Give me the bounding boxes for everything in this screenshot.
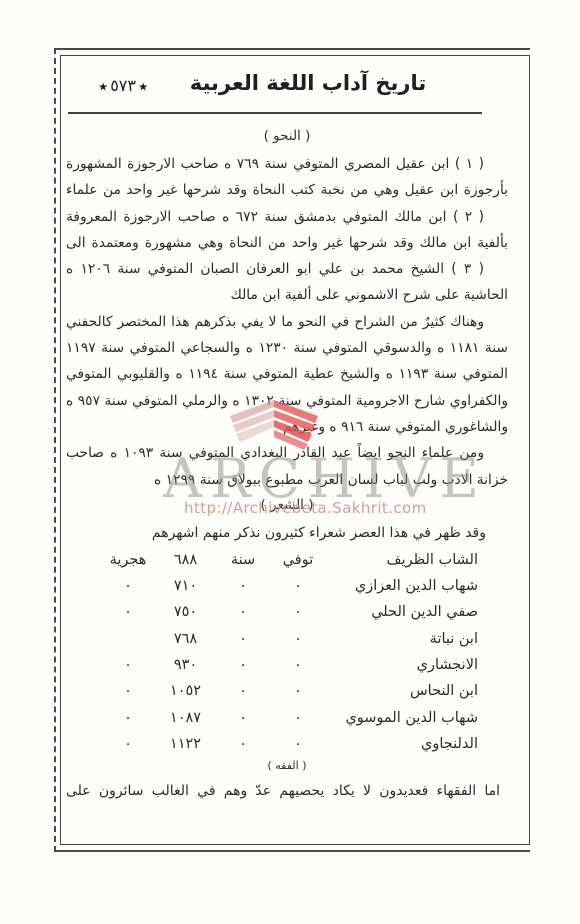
nahw-line: ( ١ ) ابن عقيل المصري المتوفي سنة ٧٦٩ ه … [66,151,508,177]
poet-death-year: ١٠٨٧ [153,705,218,731]
nahw-line: والكفراوي شارح الاجرومية المتوفي سنة ١٣٠… [66,388,508,414]
poet-death-year: ٧١٠ [153,573,218,599]
ditto-mark: ٠ [218,626,268,652]
ditto-mark: ٠ [218,678,268,704]
poet-name: شهاب الدين الموسوي [328,705,478,731]
ditto-mark: ٠ [268,652,328,678]
ditto-mark: ٠ [103,678,153,704]
section-heading-shir: ( الشعر ) [66,495,508,515]
ditto-mark: ٠ [218,573,268,599]
poet-name: شهاب الدين العزازي [328,573,478,599]
nahw-line: بألفية ابن مالك وقد شرحها غير واحد من ال… [66,230,508,256]
poet-died-word: توفي [268,547,328,573]
ditto-mark: ٠ [103,573,153,599]
poet-death-year: ٧٥٠ [153,599,218,625]
poet-name: ابن نباتة [328,626,478,652]
nahw-line: ( ٣ ) الشيخ محمد بن علي ابو العرفان الصب… [66,256,508,282]
poet-name: الشاب الظريف [328,547,478,573]
poet-death-year: ٧٦٨ [153,626,218,652]
nahw-line: المتوفي سنة ١١٩٣ ه والشيخ عطية المتوفي س… [66,361,508,387]
ditto-mark: ٠ [103,705,153,731]
ditto-mark: ٠ [103,599,153,625]
ditto-mark: ٠ [268,573,328,599]
nahw-line: الحاشية على شرح الاشموني على ألفية ابن م… [66,282,508,308]
nahw-line: سنة ١١٨١ ه والدسوقي المتوفي سنة ١٢٣٠ ه و… [66,335,508,361]
fiqh-line: اما الفقهاء فعديدون لا يكاد يحصيهم عدّ و… [66,778,508,804]
poet-row: الانجشاري ٠ ٠ ٩٣٠ ٠ [103,652,478,678]
ditto-mark: ٠ [218,705,268,731]
nahw-line: ومن علماء النحو ايضاً عبد القادر البغداد… [66,440,508,466]
poet-era: هجرية [103,547,153,573]
poet-death-year: ٦٨٨ [153,547,218,573]
ditto-mark: ٠ [268,626,328,652]
poet-death-year: ٩٣٠ [153,652,218,678]
page-number-value: ٥٧٣ [110,76,136,95]
poet-name: ابن النحاس [328,678,478,704]
page-number: ٭٥٧٣٭ [96,76,150,95]
nahw-line: والشاغوري المتوفي سنة ٩١٦ ه وغيرهم [66,414,508,440]
poet-row: الشاب الظريف توفي سنة ٦٨٨ هجرية [103,547,478,573]
ditto-mark: ٠ [103,731,153,757]
nahw-paragraphs: ( ١ ) ابن عقيل المصري المتوفي سنة ٧٦٩ ه … [66,151,508,493]
ornament-star-icon: ٭ [94,75,112,98]
poet-year-word: سنة [218,547,268,573]
page-title: تاريخ آداب اللغة العربية [190,71,427,95]
poet-death-year: ١١٢٢ [153,731,218,757]
poet-death-year: ١٠٥٢ [153,678,218,704]
header-rule [68,112,482,114]
page-content: ٭٥٧٣٭ تاريخ آداب اللغة العربية ( النحو )… [66,58,508,804]
nahw-line: بأرجوزة ابن عقيل وهي من نخبة كتب النحاة … [66,177,508,203]
ditto-mark: ٠ [103,652,153,678]
poet-name: الانجشاري [328,652,478,678]
ditto-mark: ٠ [268,678,328,704]
book-page-scan: ٭٥٧٣٭ تاريخ آداب اللغة العربية ( النحو )… [0,0,580,924]
poet-row: شهاب الدين الموسوي ٠ ٠ ١٠٨٧ ٠ [103,705,478,731]
poet-name: صفي الدين الحلي [328,599,478,625]
ditto-mark: ٠ [218,731,268,757]
poet-row: ابن النحاس ٠ ٠ ١٠٥٢ ٠ [103,678,478,704]
ditto-mark: ٠ [268,705,328,731]
poets-table: الشاب الظريف توفي سنة ٦٨٨ هجرية شهاب الد… [103,547,478,757]
ditto-mark: ٠ [268,599,328,625]
page-header: ٭٥٧٣٭ تاريخ آداب اللغة العربية [66,58,508,112]
ditto-mark: ٠ [218,652,268,678]
poet-row: صفي الدين الحلي ٠ ٠ ٧٥٠ ٠ [103,599,478,625]
nahw-line: ( ٢ ) ابن مالك المتوفي بدمشق سنة ٦٧٢ ه ص… [66,204,508,230]
ornament-star-icon: ٭ [134,75,152,98]
shir-intro-line: وقد ظهر في هذا العصر شعراء كثيرون نذكر م… [66,520,508,547]
poet-row: ابن نباتة ٠ ٠ ٧٦٨ [103,626,478,652]
ditto-mark: ٠ [268,731,328,757]
nahw-line: خزانة الادب ولب لباب لسان العرب مطبوع بب… [66,467,508,493]
section-heading-fiqh: ( الفقه ) [66,758,508,773]
nahw-line: وهناك كثيرٌ من الشراح في النحو ما لا يفي… [66,309,508,335]
poet-row: الدلنجاوي ٠ ٠ ١١٢٢ ٠ [103,731,478,757]
poet-name: الدلنجاوي [328,731,478,757]
section-heading-nahw: ( النحو ) [66,126,508,146]
poet-row: شهاب الدين العزازي ٠ ٠ ٧١٠ ٠ [103,573,478,599]
ditto-mark [103,626,153,652]
ditto-mark: ٠ [218,599,268,625]
